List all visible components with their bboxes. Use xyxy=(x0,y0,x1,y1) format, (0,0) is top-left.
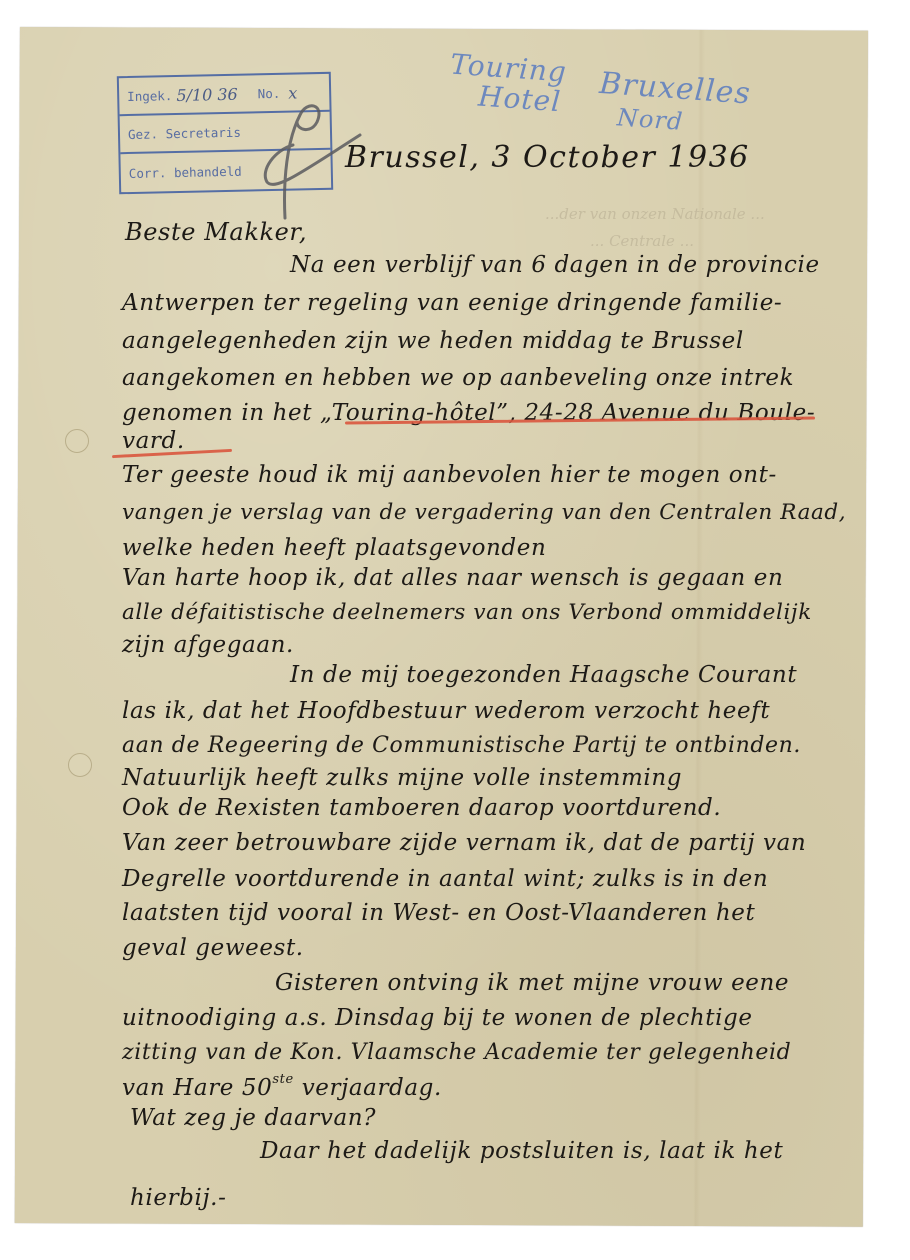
body-line: van Hare 50ste verjaardag. xyxy=(122,1072,442,1101)
body-line: alle défaitistische deelnemers van ons V… xyxy=(122,600,812,625)
ordinal-suffix: ste xyxy=(272,1072,293,1087)
body-line: aangekomen en hebben we op aanbeveling o… xyxy=(122,365,794,391)
body-line: uitnoodiging a.s. Dinsdag bij te wonen d… xyxy=(122,1005,753,1031)
body-line: geval geweest. xyxy=(122,935,304,961)
body-line: laatsten tijd vooral in West- en Oost-Vl… xyxy=(122,900,755,926)
body-line-tail: verjaardag. xyxy=(294,1075,442,1101)
body-line: In de mij toegezonden Haagsche Courant xyxy=(290,662,797,688)
body-line: Degrelle voortdurende in aantal wint; zu… xyxy=(122,866,768,892)
body-line: hierbij.- xyxy=(130,1185,226,1211)
body-line: aangelegenheden zijn we heden middag te … xyxy=(122,328,744,354)
body-line: aan de Regeering de Communistische Parti… xyxy=(122,733,801,758)
body-line: Na een verblijf van 6 dagen in de provin… xyxy=(290,252,820,278)
body-line: Gisteren ontving ik met mijne vrouw eene xyxy=(275,970,789,996)
body-line-text: van Hare 50 xyxy=(122,1075,272,1101)
letter-place-date: Brussel, 3 October 1936 xyxy=(345,140,750,175)
body-line: welke heden heeft plaatsgevonden xyxy=(122,535,546,561)
stamp-received-label: Ingek. xyxy=(127,88,172,104)
body-line: Van harte hoop ik, dat alles naar wensch… xyxy=(122,565,783,591)
stamp-secretary-label: Gez. Secretaris xyxy=(128,124,241,141)
body-line: Antwerpen ter regeling van eenige dringe… xyxy=(122,290,782,316)
annotation-line: Nord xyxy=(616,103,684,136)
letter-salutation: Beste Makker, xyxy=(125,218,307,246)
body-line: vangen je verslag van de vergadering van… xyxy=(122,500,846,525)
body-line: Ter geeste houd ik mij aanbevolen hier t… xyxy=(122,462,777,488)
stamp-correspondence-label: Corr. behandeld xyxy=(129,163,242,180)
body-line: Wat zeg je daarvan? xyxy=(130,1105,376,1131)
body-line: las ik, dat het Hoofdbestuur wederom ver… xyxy=(122,698,770,724)
annotation-line: Hotel xyxy=(477,80,562,119)
bleed-through-text: ... Centrale ... xyxy=(590,232,694,250)
bleed-through-text: ...der van onzen Nationale ... xyxy=(545,205,765,223)
body-line: Daar het dadelijk postsluiten is, laat i… xyxy=(260,1138,783,1164)
body-line: zitting van de Kon. Vlaamsche Academie t… xyxy=(122,1040,791,1065)
body-line: Ook de Rexisten tamboeren daarop voortdu… xyxy=(122,795,721,821)
punch-hole-bottom xyxy=(68,753,92,777)
body-line: Van zeer betrouwbare zijde vernam ik, da… xyxy=(122,830,806,856)
stamp-received-date: 5/10 36 xyxy=(176,84,238,104)
stamp-number-label: No. xyxy=(258,85,281,100)
body-line: zijn afgegaan. xyxy=(122,632,294,658)
punch-hole-top xyxy=(65,429,89,453)
body-line: vard. xyxy=(122,428,185,454)
body-line: Natuurlijk heeft zulks mijne volle inste… xyxy=(122,765,682,791)
